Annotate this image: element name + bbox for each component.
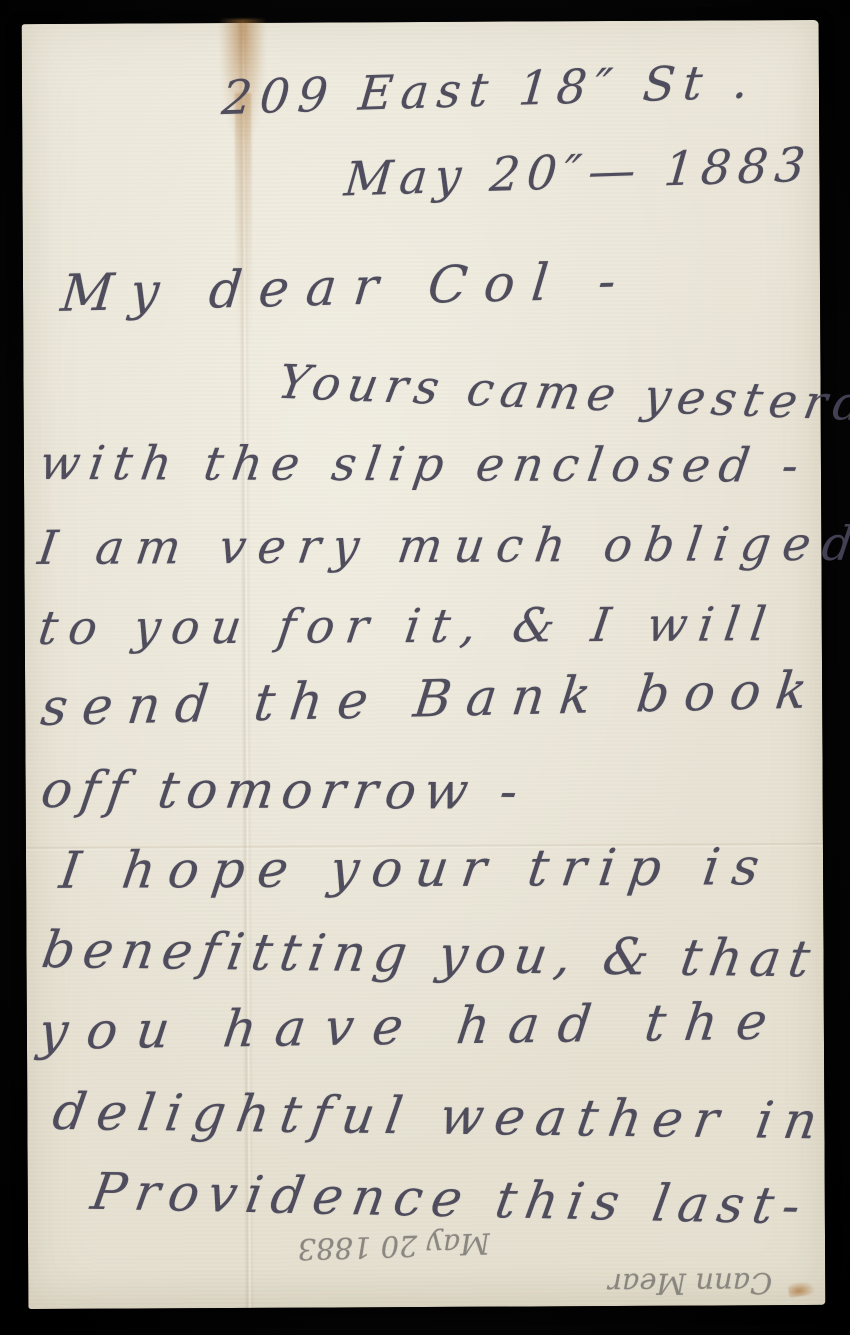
body-line: send the Bank book [38, 663, 825, 737]
pencil-annotation-name: Cann Mear [240, 1265, 772, 1303]
body-line: I hope your trip is [56, 840, 775, 900]
body-line: benefitting you, & that [38, 923, 821, 988]
photo-background: 209 East 18″ St . May 20″— 1883 My dear … [0, 0, 850, 1335]
body-line: with the slip enclosed - [36, 438, 811, 492]
body-line: I am very much obliged [35, 519, 850, 575]
body-line: to you for it, & I will [35, 599, 780, 655]
pencil-annotation-upside-down: Cann Mear May 20 1883 [240, 1218, 772, 1303]
salutation-line: My dear Col - [58, 254, 635, 323]
body-line: Yours came yesterday [274, 357, 850, 434]
body-line: you have had the [35, 995, 789, 1062]
address-line: 209 East 18″ St . [220, 56, 759, 125]
date-line: May 20″— 1883 [342, 140, 814, 207]
paper-edge-chip [787, 1280, 815, 1298]
pencil-annotation-date: May 20 1883 [240, 1226, 491, 1269]
body-line: off tomorrow - [38, 763, 530, 821]
letter-paper: 209 East 18″ St . May 20″— 1883 My dear … [22, 20, 826, 1309]
body-line: delightful weather in [49, 1085, 832, 1150]
